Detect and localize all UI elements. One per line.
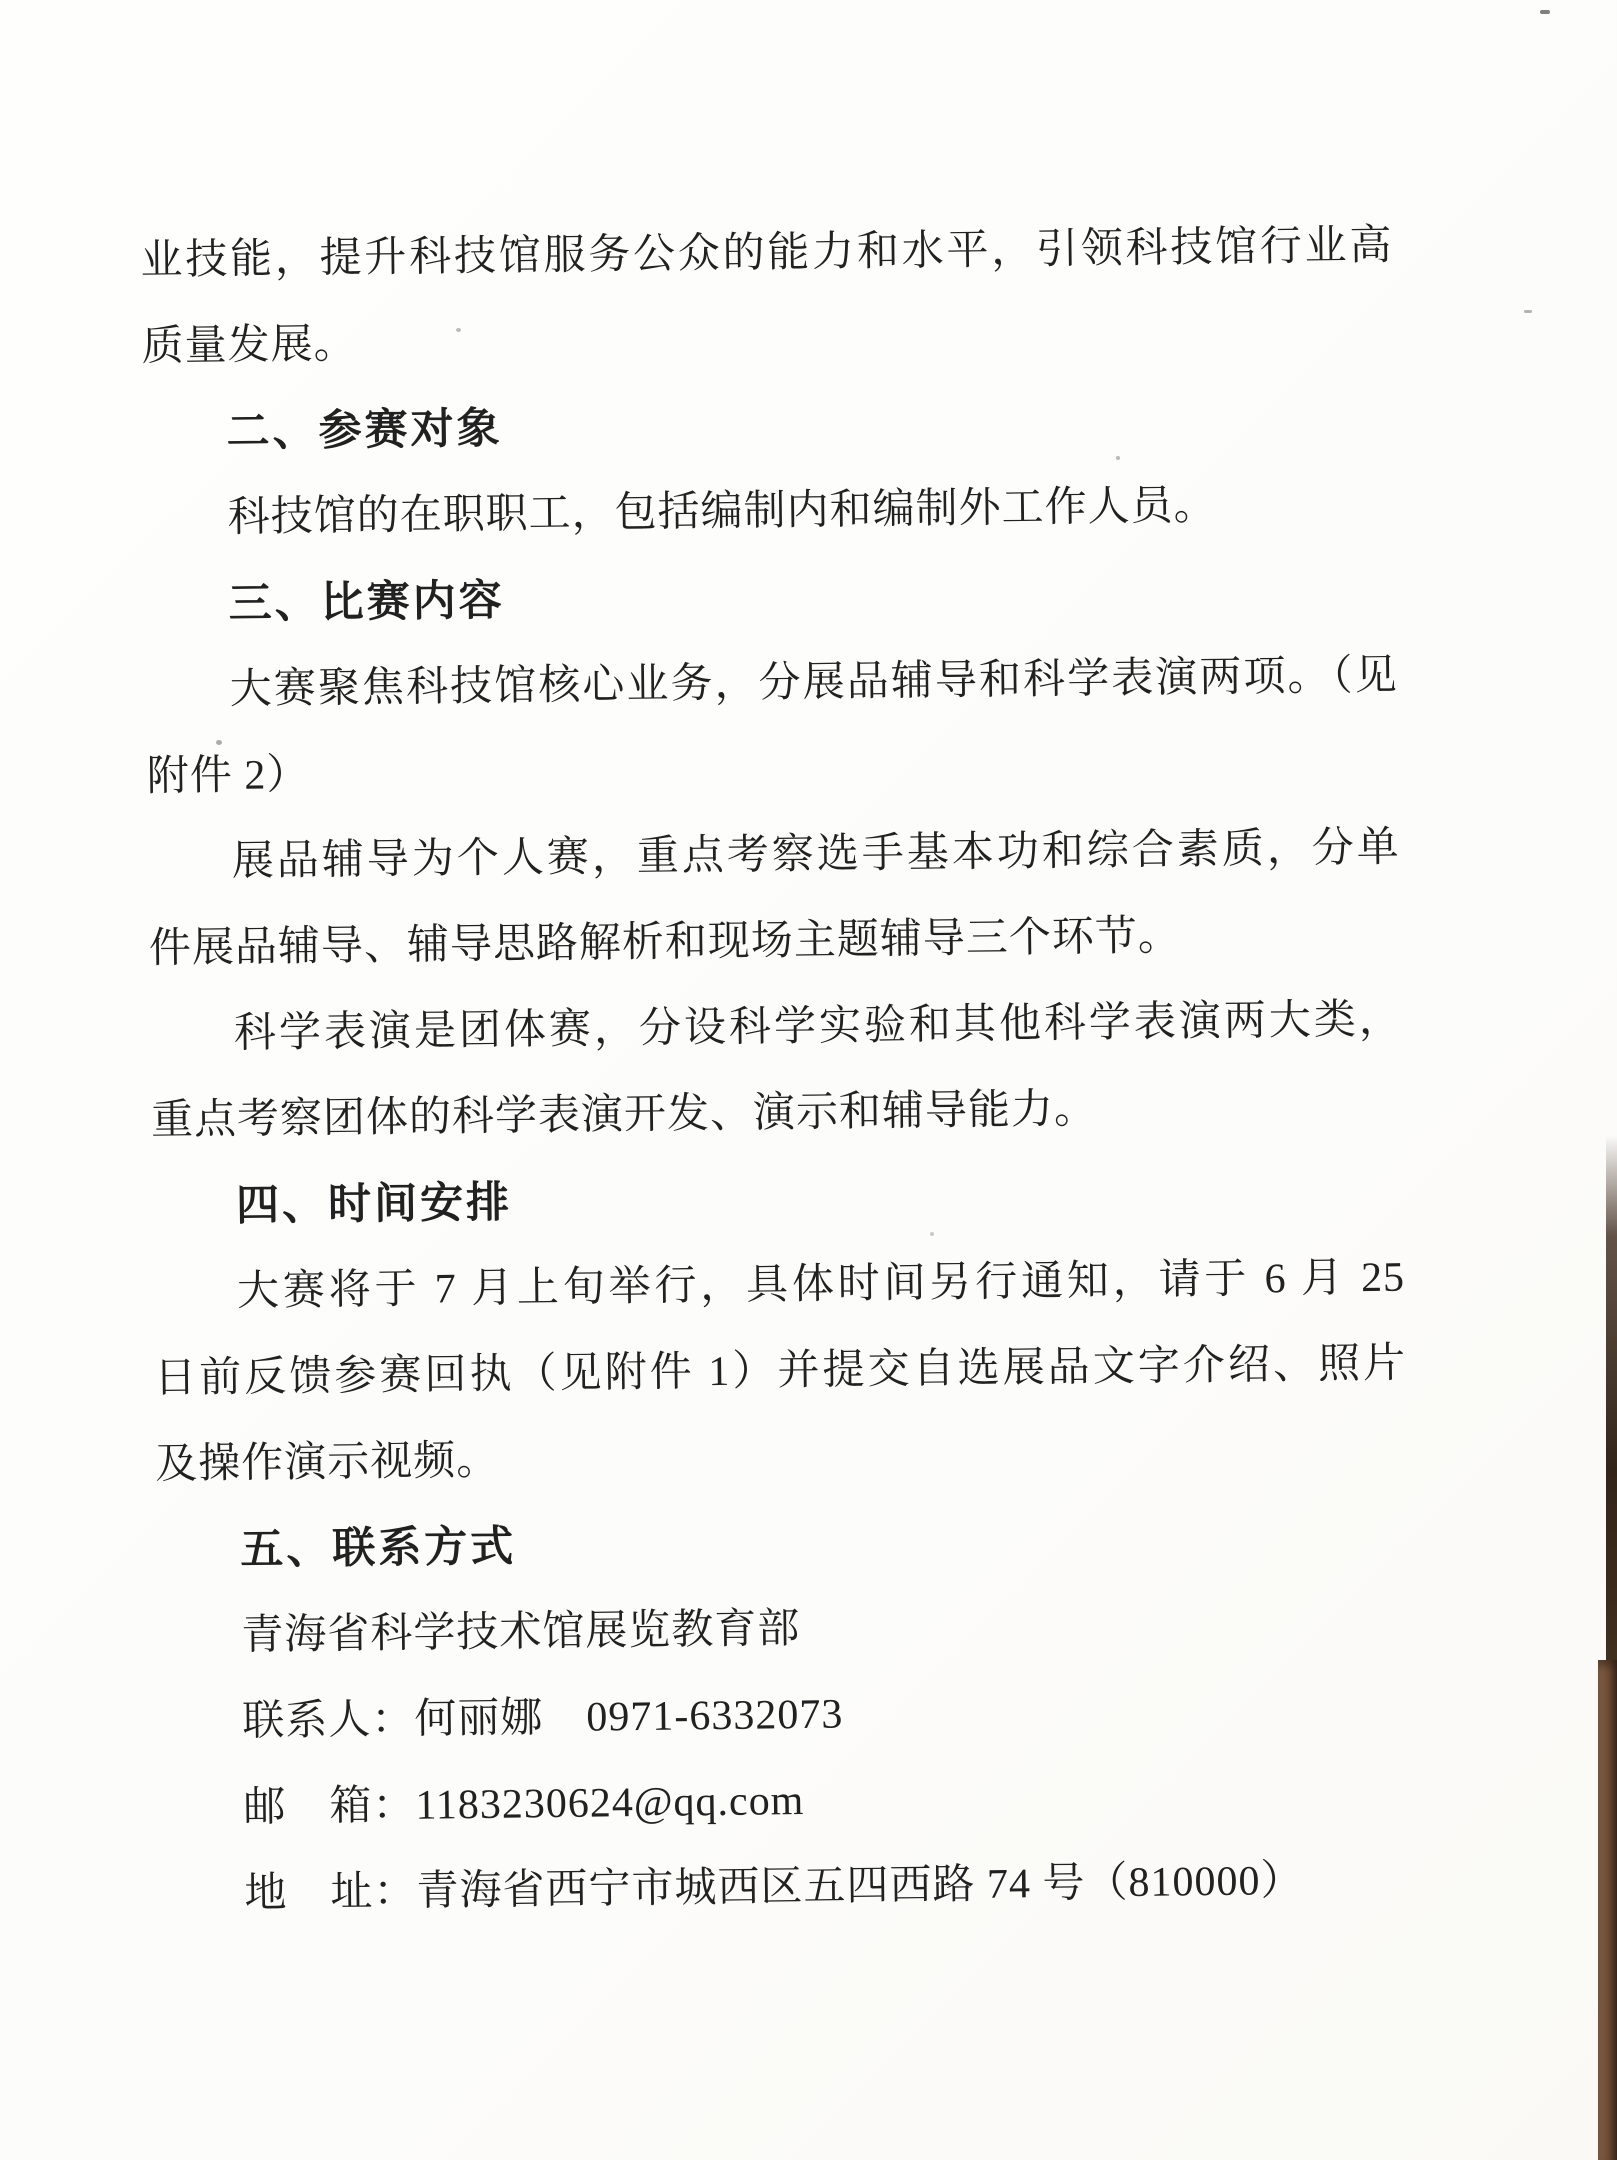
text-line: 质量发展。 — [141, 289, 1394, 390]
text-line: 大赛聚焦科技馆核心业务，分展品辅导和科学表演两项。（见 — [145, 633, 1398, 734]
text-line: 及操作演示视频。 — [155, 1407, 1408, 1508]
text-line: 邮 箱：1183230624@qq.com — [159, 1751, 1412, 1852]
text-line: 日前反馈参赛回执（见附件 1）并提交自选展品文字介绍、照片 — [154, 1321, 1407, 1422]
scan-speck — [1524, 310, 1532, 313]
text-line: 科技馆的在职职工，包括编制内和编制外工作人员。 — [143, 461, 1396, 562]
scan-speck — [930, 1232, 934, 1236]
section-heading: 四、时间安排 — [152, 1149, 1405, 1250]
text-line: 联系人：何丽娜 0971-6332073 — [158, 1665, 1411, 1766]
scan-speck — [1540, 10, 1550, 14]
text-line: 附件 2） — [146, 719, 1399, 820]
scan-speck — [1116, 456, 1120, 460]
section-heading: 二、参赛对象 — [142, 375, 1395, 476]
scan-speck — [216, 740, 222, 745]
text-line: 件展品辅导、辅导思路解析和现场主题辅导三个环节。 — [148, 891, 1401, 992]
text-line: 科学表演是团体赛，分设科学实验和其他科学表演两大类， — [149, 977, 1402, 1078]
text-line: 地 址：青海省西宁市城西区五四西路 74 号（810000） — [160, 1837, 1413, 1938]
section-heading: 三、比赛内容 — [144, 547, 1397, 648]
scan-speck — [456, 328, 461, 332]
text-line: 青海省科学技术馆展览教育部 — [157, 1579, 1410, 1680]
text-line: 大赛将于 7 月上旬举行，具体时间另行通知，请于 6 月 25 — [153, 1235, 1406, 1336]
scan-edge-artifact-upper — [1606, 1135, 1617, 1695]
scanned-document-page: 业技能，提升科技馆服务公众的能力和水平，引领科技馆行业高质量发展。二、参赛对象科… — [0, 0, 1617, 2160]
scan-edge-artifact-lower — [1598, 1660, 1617, 2160]
document-content: 业技能，提升科技馆服务公众的能力和水平，引领科技馆行业高质量发展。二、参赛对象科… — [140, 203, 1413, 1938]
text-line: 业技能，提升科技馆服务公众的能力和水平，引领科技馆行业高 — [140, 203, 1393, 304]
text-line: 展品辅导为个人赛，重点考察选手基本功和综合素质，分单 — [147, 805, 1400, 906]
section-heading: 五、联系方式 — [156, 1493, 1409, 1594]
text-line: 重点考察团体的科学表演开发、演示和辅导能力。 — [151, 1063, 1404, 1164]
